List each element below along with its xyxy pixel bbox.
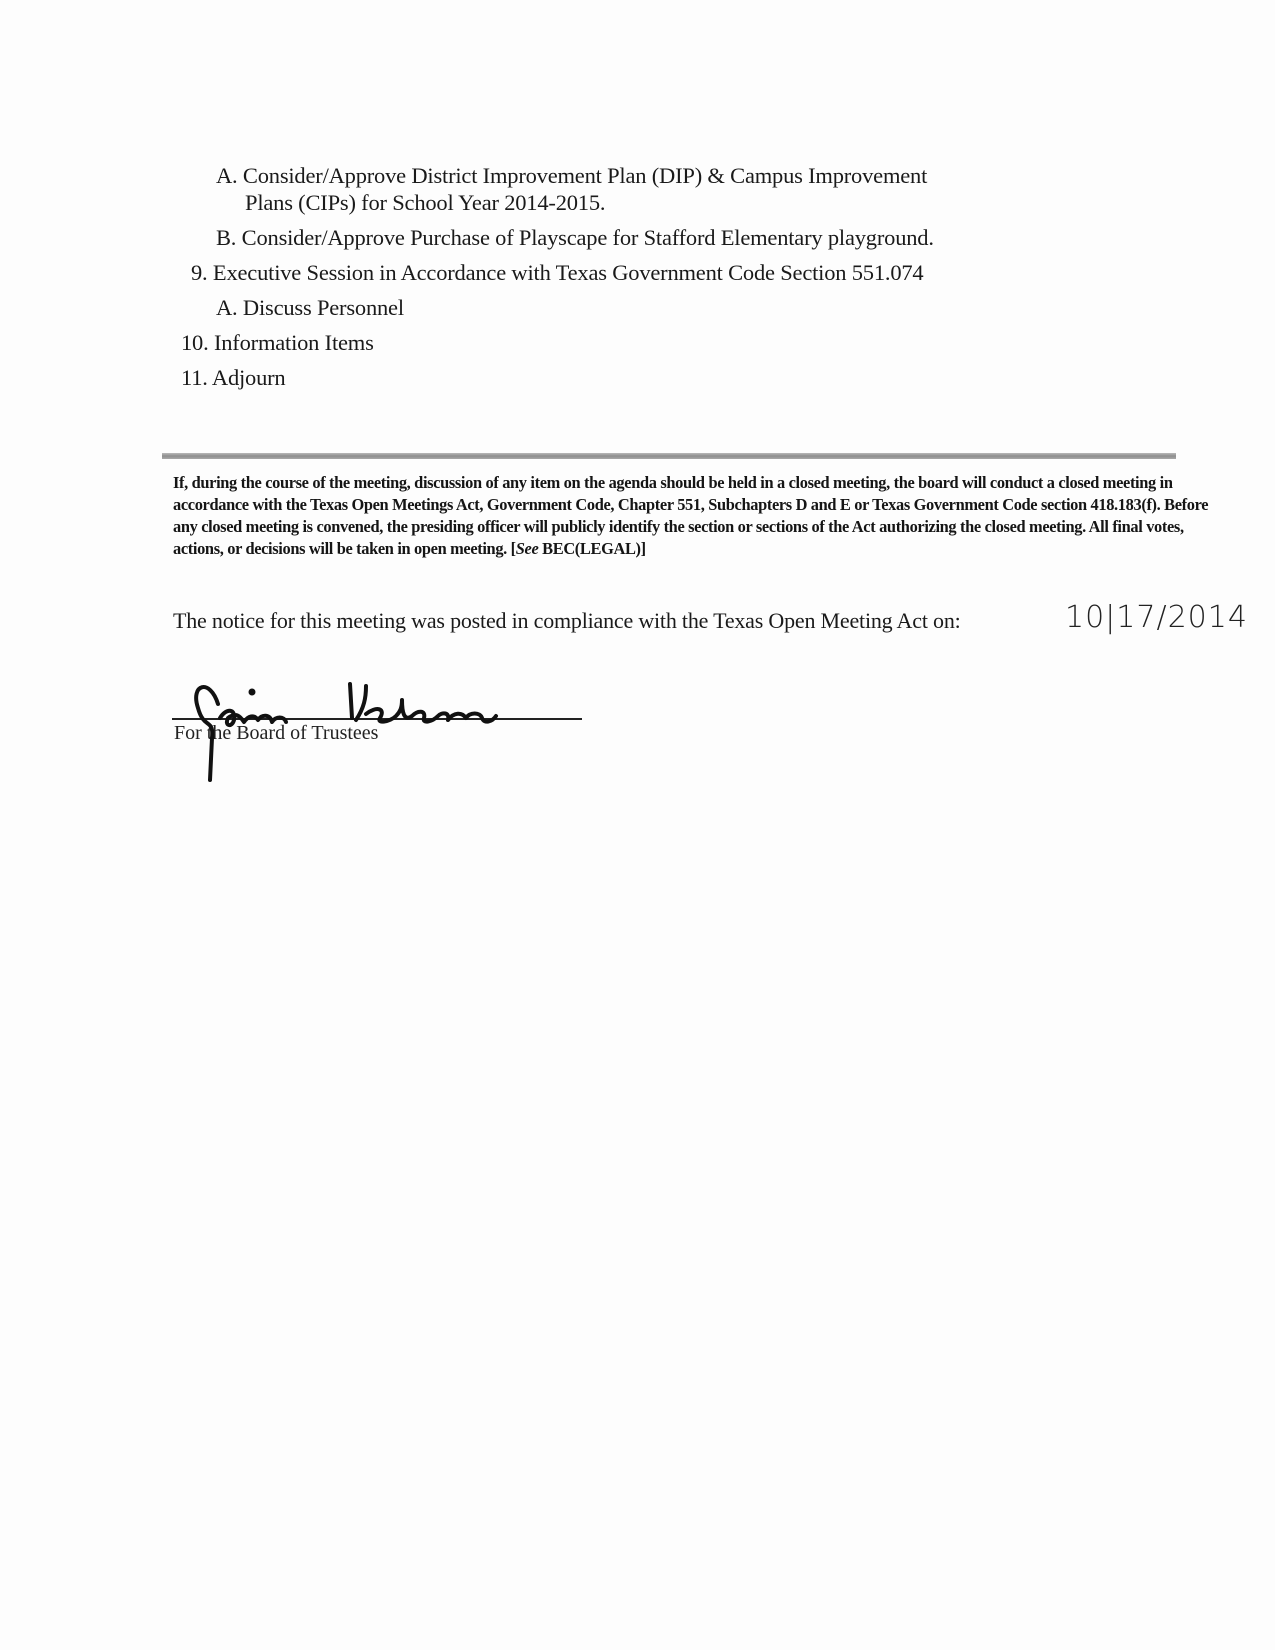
handwritten-date: 10|17/2014 — [1065, 600, 1248, 635]
item-text: Consider/Approve Purchase of Playscape f… — [242, 225, 934, 250]
notice-text: If, during the course of the meeting, di… — [173, 473, 1208, 558]
item-text: Information Items — [214, 330, 374, 355]
item-text: Plans (CIPs) for School Year 2014-2015. — [245, 190, 605, 215]
item-text: Adjourn — [212, 365, 286, 390]
agenda-item-8a: A. Consider/Approve District Improvement… — [216, 162, 927, 189]
agenda-item-9: 9. Executive Session in Accordance with … — [191, 259, 923, 286]
notice-reference: BEC(LEGAL)] — [538, 539, 645, 558]
item-text: Executive Session in Accordance with Tex… — [213, 260, 924, 285]
item-marker: 10. — [181, 329, 209, 356]
agenda-item-8b: B. Consider/Approve Purchase of Playscap… — [216, 224, 934, 251]
notice-see-italic: See — [516, 539, 539, 558]
handwritten-signature — [180, 678, 580, 788]
item-marker: 9. — [191, 259, 207, 286]
item-marker: 11. — [181, 364, 208, 391]
item-marker: A. — [216, 162, 237, 189]
agenda-item-10: 10. Information Items — [181, 329, 374, 356]
item-marker: B. — [216, 224, 236, 251]
signature-block: For the Board of Trustees — [172, 680, 592, 790]
agenda-item-9a: A. Discuss Personnel — [216, 294, 404, 321]
item-text: Consider/Approve District Improvement Pl… — [243, 163, 927, 188]
closed-meeting-notice: If, during the course of the meeting, di… — [173, 472, 1213, 560]
horizontal-divider — [162, 453, 1176, 459]
agenda-item-8a-continued: Plans (CIPs) for School Year 2014-2015. — [245, 189, 605, 216]
posting-statement: The notice for this meeting was posted i… — [173, 607, 961, 635]
item-text: Discuss Personnel — [243, 295, 404, 320]
agenda-item-11: 11. Adjourn — [181, 364, 285, 391]
item-marker: A. — [216, 294, 237, 321]
